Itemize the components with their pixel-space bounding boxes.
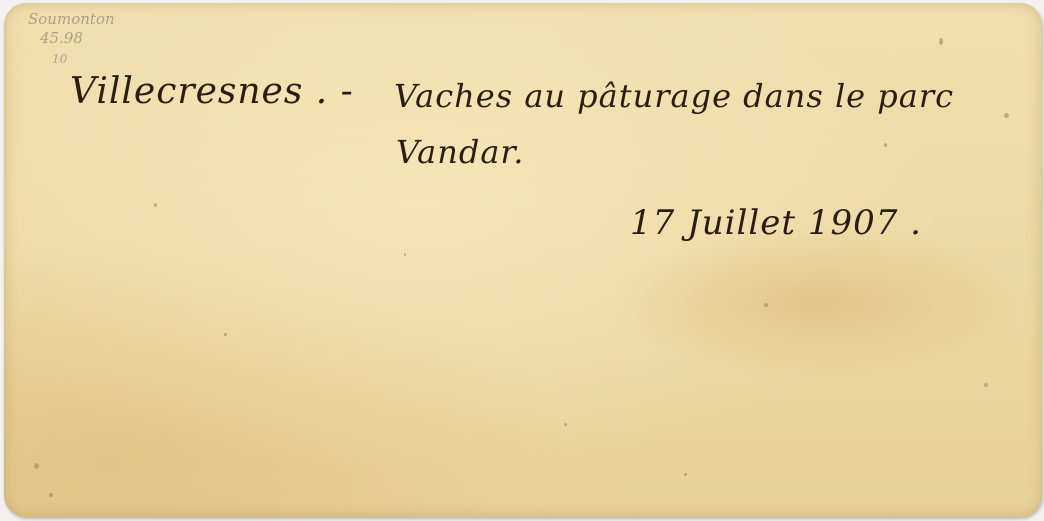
photo-card-back: Soumonton 45.98 10 Villecresnes . - Vach… xyxy=(4,3,1042,517)
place-name: Villecresnes . - xyxy=(70,71,354,112)
foxing-spot xyxy=(1004,113,1009,118)
foxing-spot xyxy=(49,493,53,497)
foxing-spot xyxy=(764,303,768,307)
pencil-note-name: Soumonton xyxy=(28,11,115,27)
foxing-spot xyxy=(684,473,687,476)
caption-line-2: Vandar. xyxy=(396,133,524,171)
foxing-spot xyxy=(939,38,943,45)
foxing-spot xyxy=(34,463,39,469)
foxing-spot xyxy=(154,203,157,207)
pencil-note-index: 10 xyxy=(52,51,67,67)
foxing-spot xyxy=(564,423,567,426)
foxing-spot xyxy=(224,333,227,336)
date: 17 Juillet 1907 . xyxy=(630,203,922,243)
foxing-spot xyxy=(884,143,887,147)
foxing-spot xyxy=(404,253,406,256)
foxing-spot xyxy=(984,383,988,387)
caption-line-1: Vaches au pâturage dans le parc xyxy=(394,77,954,115)
pencil-note-number: 45.98 xyxy=(40,30,83,46)
